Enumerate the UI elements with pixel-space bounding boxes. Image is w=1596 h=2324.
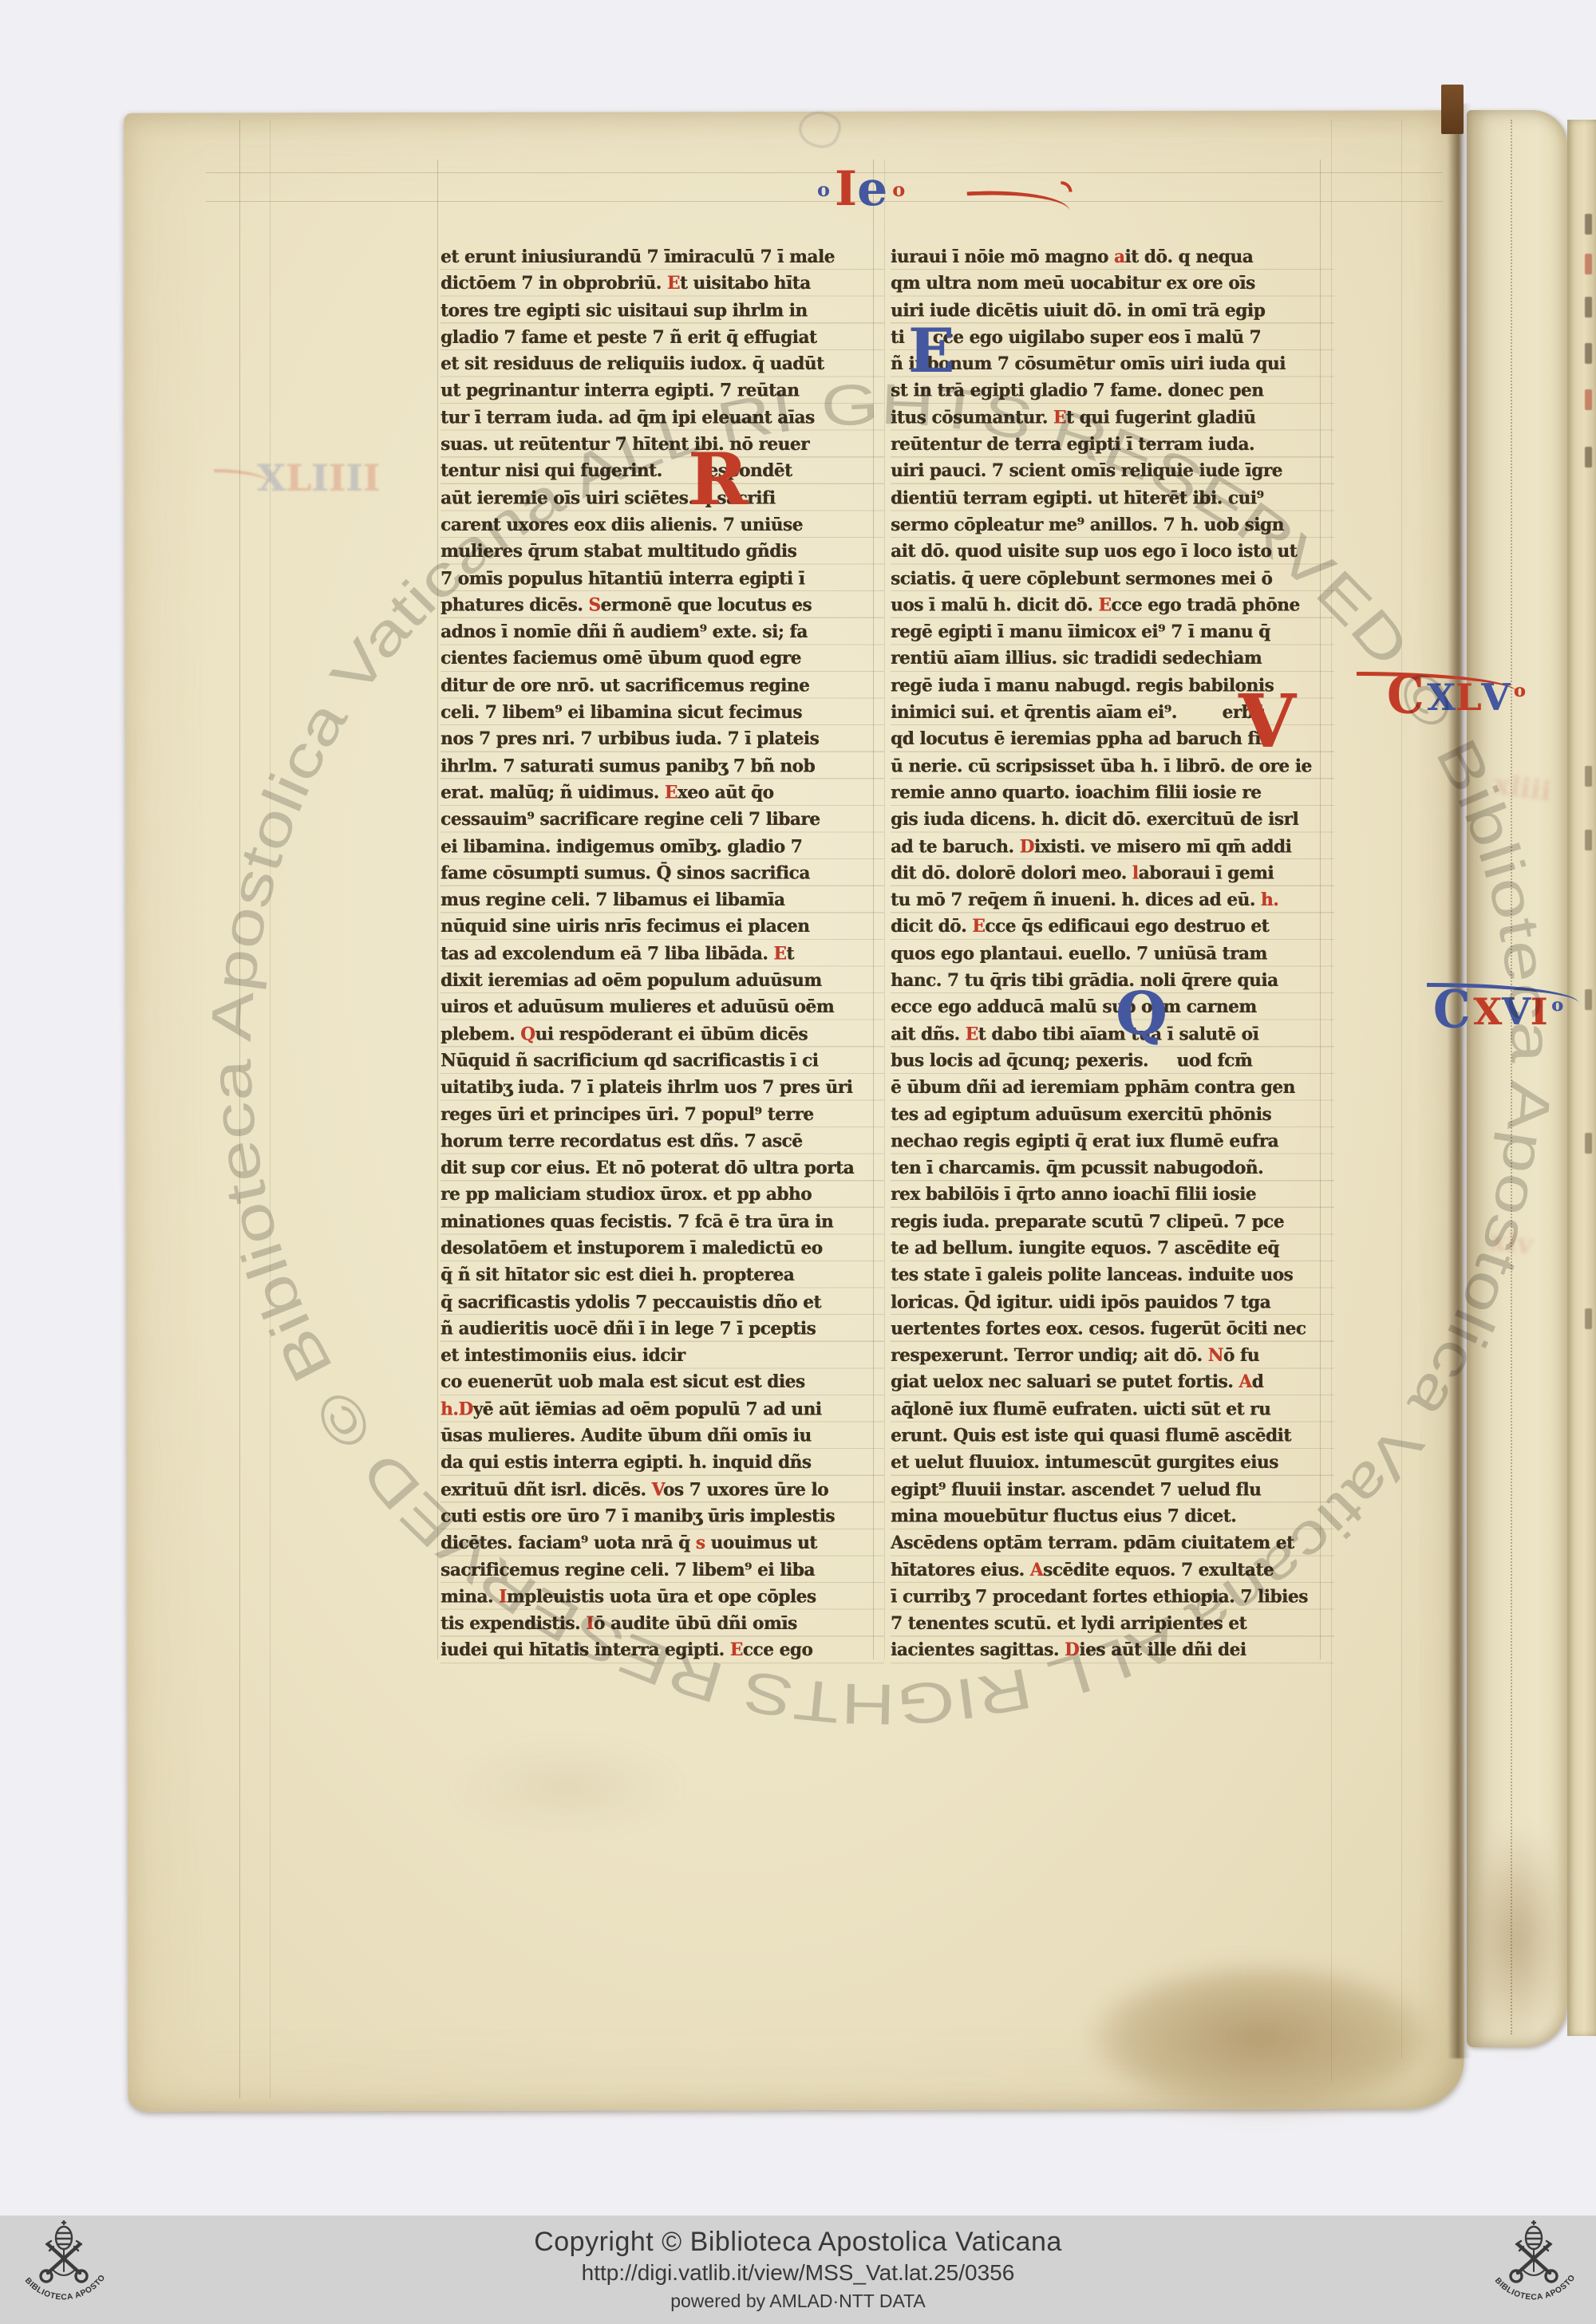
manuscript-text-line: uiri pauci. 7 scient omīs reliquie iude … [891,459,1334,486]
manuscript-text-line: reūtentur de terra egipti ī terram iuda. [891,432,1334,459]
manuscript-text-line: tentur nisi qui fugerint. espondēt [440,459,884,486]
manuscript-text-line: uiri iude dicētis uiuit dō. in omī trā e… [891,298,1334,325]
manuscript-text-line: te ad bellum. iungite equos. 7 ascēdite … [891,1236,1334,1263]
manuscript-text-line: remie anno quarto. ioachim filii iosie r… [891,780,1334,807]
manuscript-text-line: dit sup cor eius. Et nō poterat dō ultra… [440,1155,884,1182]
manuscript-text-line: iuraui ī nōie mō magno ait dō. q nequa [891,244,1334,271]
manuscript-text-line: mina. Impleuistis uota ūra et ope cōples [440,1584,884,1611]
manuscript-text-line: uertentes fortes eox. cesos. fugerūt ōci… [891,1316,1334,1344]
column-rule [884,160,885,1659]
adjacent-page-text-fragment [1585,297,1592,318]
manuscript-text-line: ait dō. quod uisite sup uos ego ī loco i… [891,539,1334,566]
manuscript-text-line: et erunt iniusiurandū 7 īmiraculū 7 ī ma… [440,244,884,271]
numeral-letter: L [286,460,311,496]
adjacent-page-text-fragment [1585,989,1592,1010]
manuscript-text-line: regis iuda. preparate scutū 7 clipeū. 7 … [891,1209,1334,1236]
manuscript-text-line: uiros et aduūsum mulieres et aduūsū oēm [440,994,884,1021]
manuscript-text-line: mulieres q̄rum stabat multitudo gñdis [440,539,884,566]
manuscript-text-line: da qui estis interra egipti. h. inquid d… [440,1450,884,1477]
manuscript-text-line: cessauim⁹ sacrificare regine celi 7 liba… [440,807,884,834]
footer-copyright: Copyright © Biblioteca Apostolica Vatica… [0,2227,1596,2258]
adjacent-page-text-fragment [1585,254,1592,274]
manuscript-text-line: q̄ ñ sit hītator sic est diei h. propter… [440,1262,884,1289]
manuscript-text-line: loricas. Q̄d igitur. uidi ipōs pauidos 7… [891,1289,1334,1316]
manuscript-text-line: dientiū terram egipti. ut hīterēt ibi. c… [891,485,1334,512]
manuscript-text-line: egipt⁹ fluuii instar. ascendet 7 uelud f… [891,1477,1334,1504]
manuscript-text-line: tis expendistis. Iō audite ūbū dñi omīs [440,1611,884,1638]
manuscript-text-line: ut pegrinantur interra egipti. 7 reūtan [440,378,884,405]
manuscript-scan-page: { "running_header": { "letters": [ {"ch"… [0,0,1596,2324]
manuscript-text-line: ē ūbum dñi ad ieremiam pphām contra gen [891,1075,1334,1102]
manuscript-text-line: hītatores eius. Ascēdite equos. 7 exulta… [891,1557,1334,1584]
manuscript-text-line: regē egipti ī manu īimicox ei⁹ 7 ī manu … [891,619,1334,646]
column-rule [437,160,438,1659]
manuscript-text-line: sermo cōpleatur me⁹ anillos. 7 h. uob si… [891,512,1334,539]
numeral-letter: I [346,460,363,496]
numeral-letter: I [329,460,346,496]
manuscript-text-line: uos ī malū h. dicit dō. Ecce ego tradā p… [891,593,1334,620]
manuscript-text-line: rex babilōis ī q̄rto anno ioachī filii i… [891,1182,1334,1209]
manuscript-text-line: 7 omīs populus hītantiū interra egipti ī [440,566,884,593]
manuscript-text-line: dicit dō. Ecce q̄s edificaui ego destruo… [891,914,1334,941]
manuscript-text-line: nechao regis egipti q̄ erat iux flumē eu… [891,1128,1334,1155]
manuscript-text-line: ñ inbonum 7 cōsumētur omīs uiri iuda qui [891,351,1334,378]
manuscript-text-line: aq̄lonē iux flumē eufraten. uicti sūt et… [891,1396,1334,1423]
manuscript-text-line: re pp maliciam studiox ūrox. et pp abho [440,1182,884,1209]
manuscript-text-line: minationes quas fecistis. 7 fcā ē tra ūr… [440,1209,884,1236]
manuscript-text-line: h.Dyē aūt iēmias ad oēm populū 7 ad uni [440,1396,884,1423]
book-gutter-shadow [1448,104,1472,2058]
drop-cap-initial-v: V [1238,685,1295,758]
binding-tab [1441,85,1464,134]
manuscript-text-line: exrituū dñt isrl. dicēs. Vos 7 uxores ūr… [440,1477,884,1504]
manuscript-text-line: ī curribʒ 7 procedant fortes ethiopia. 7… [891,1584,1334,1611]
manuscript-text-line: et sit residuus de reliquiis iudox. q̄ u… [440,351,884,378]
adjacent-page-text-fragment [1585,830,1592,850]
manuscript-text-line: et uelut fluuiox. intumescūt gurgites ei… [891,1450,1334,1477]
adjacent-page-text-fragment [1585,343,1592,364]
manuscript-text-line: iacientes sagittas. Dies aūt ille dñi de… [891,1638,1334,1665]
manuscript-text-line: itus cōsumantur. Et qui fugerint gladiū [891,405,1334,432]
numeral-letter: V [1502,994,1531,1029]
manuscript-text-line: mus regine celi. 7 libamus ei libamīa [440,887,884,914]
manuscript-text-line: Ascēdens optām terram. pdām ciuitatem et [891,1530,1334,1557]
adjacent-page-text-fragment [1585,447,1592,468]
manuscript-text-line: 7 tenentes scutū. et lydi arripientes et [891,1611,1334,1638]
numeral-letter: o [1514,683,1526,699]
footer-powered-by: powered by AMLAD·NTT DATA [0,2290,1596,2312]
manuscript-text-line: tur ī terram iuda. ad q̄m ipi eleuant aī… [440,405,884,432]
manuscript-text-line: uitatibʒ iuda. 7 ī plateis ihrlm uos 7 p… [440,1075,884,1102]
manuscript-text-line: ecce ego adducā malū sup oēm carnem [891,994,1334,1021]
parchment-stain [1089,1963,1432,2114]
numeral-letter: X [1427,680,1456,715]
manuscript-text-line: horum terre recordatus est dñs. 7 ascē [440,1128,884,1155]
footer-url: http://digi.vatlib.it/view/MSS_Vat.lat.2… [0,2260,1596,2286]
manuscript-text-line: aūt ieremie oīs uiri sciētes. q̄ sacrifi [440,485,884,512]
manuscript-text-line: ñ audieritis uocē dñi ī in lege 7 ī pcep… [440,1316,884,1344]
manuscript-text-line: nos 7 pres nri. 7 urbibus iuda. 7 ī plat… [440,727,884,754]
manuscript-text-line: suas. ut reūtentur 7 hītent ibi. nō reue… [440,432,884,459]
manuscript-text-line: ti cce ego uigilabo super eos ī malū 7 [891,325,1334,352]
numeral-letter: e [857,166,887,212]
running-title-ieremias: oIeo [812,166,910,212]
manuscript-text-line: et intestimoniis eius. idcir [440,1343,884,1370]
numeral-letter: X [1473,994,1502,1029]
numeral-letter: I [835,166,857,212]
numeral-letter: I [311,460,329,496]
manuscript-text-line: ūsas mulieres. Audite ūbum dñi omīs iu [440,1423,884,1450]
drop-cap-initial-r: R [688,444,748,515]
show-through-numeral: xlv [1489,1225,1535,1261]
manuscript-text-line: giat uelox nec saluari se putet fortis. … [891,1370,1334,1397]
numeral-letter: I [363,460,381,496]
manuscript-text-line: dixit ieremias ad oēm populum aduūsum [440,968,884,995]
manuscript-text-line: bus locis ad q̄cunq; pexeris. uod fcm̄ [891,1048,1334,1075]
manuscript-text-line: co euenerūt uob mala est sicut est dies [440,1370,884,1397]
manuscript-text-line: dictōem 7 in obprobriū. Et uisitabo hīta [440,271,884,298]
text-column-right: iuraui ī nōie mō magno ait dō. q nequaqm… [891,244,1334,1668]
margin-rule [239,120,240,2098]
next-folio-edge [1467,110,1567,2047]
manuscript-text-line: plebem. Qui respōderant ei ūbūm dicēs [440,1021,884,1048]
manuscript-text-line: tes ad egiptum aduūsum exercitū phōnis [891,1102,1334,1129]
margin-rule [270,120,271,2098]
adjacent-page-text-fragment [1585,214,1592,235]
numeral-letter: o [1551,997,1563,1013]
manuscript-text-line: ad te baruch. Dixisti. ve misero mī qm̄ … [891,834,1334,861]
manuscript-text-line: ditur de ore nrō. ut sacrificemus regine [440,673,884,700]
faded-chapter-numeral: XLIIII [257,460,380,496]
numeral-letter: o [892,180,905,199]
manuscript-text-line: dicētes. faciam⁹ uota nrā q̄ s uouimus u… [440,1530,884,1557]
manuscript-text-line: mina mouebūtur fluctus eius 7 dicet. [891,1504,1334,1531]
manuscript-text-line: tu mō 7 req̄em ñ inueni. h. dices ad eū.… [891,887,1334,914]
manuscript-text-line: tas ad excolendum eā 7 liba libāda. Et [440,941,884,968]
manuscript-text-line: rentiū aīam illius. sic tradidi sedechia… [891,646,1334,673]
manuscript-text-line: tes state ī galeis polite lanceas. indui… [891,1262,1334,1289]
manuscript-text-line: sciatis. q̄ uere cōplebunt sermones mei … [891,566,1334,593]
numeral-letter: I [1531,994,1548,1029]
drop-cap-initial-q: Q [1116,984,1167,1044]
numeral-letter: L [1456,680,1481,715]
adjacent-page-text-fragment [1585,766,1592,787]
manuscript-text-line: gladio 7 fame et peste 7 ñ erit q̄ effug… [440,325,884,352]
manuscript-text-line: Nūquid ñ sacrificium qd sacrificastis ī … [440,1048,884,1075]
manuscript-text-line: hanc. 7 tu q̄ris tibi grādia. noli q̄rer… [891,968,1334,995]
numeral-letter: V [1481,680,1510,715]
next-folio-rule [1511,120,1512,2034]
parchment-stain [447,1739,686,1835]
manuscript-text-line: cuti estis ore ūro 7 ī manibʒ ūris imple… [440,1504,884,1531]
manuscript-text-line: celi. 7 libem⁹ ei libamina sicut fecimus [440,700,884,727]
adjacent-page-text-fragment [1585,1308,1592,1329]
manuscript-text-line: desolatōem et instuporem ī maledictū eo [440,1236,884,1263]
numeral-letter: o [817,180,830,199]
manuscript-text-line: ei libamina. indigemus omībʒ. gladio 7 [440,834,884,861]
text-column-left: et erunt iniusiurandū 7 īmiraculū 7 ī ma… [440,244,884,1668]
margin-rule [1401,120,1402,2058]
manuscript-text-line: fame cōsumpti sumus. Q̄ sinos sacrifica [440,861,884,888]
manuscript-text-line: tores tre egipti sic uisitaui sup ihrlm … [440,298,884,325]
manuscript-text-line: erat. malūq; ñ uidimus. Exeo aūt q̄o [440,780,884,807]
chapter-numeral-xlv: CXLVo [1387,675,1526,715]
drop-cap-initial-e: E [908,321,954,381]
manuscript-text-line: gis iuda dicens. h. dicit dō. exercituū … [891,807,1334,834]
manuscript-text-line: adnos ī nomīe dñi ñ audiem⁹ exte. si; fa [440,619,884,646]
manuscript-text-line: respexerunt. Terror undiq; ait dō. Nō fu [891,1343,1334,1370]
manuscript-text-line: erunt. Quis est iste qui quasi flumē asc… [891,1423,1334,1450]
manuscript-text-line: cientes faciemus omē ūbum quod egre [440,646,884,673]
numeral-letter: C [1433,987,1470,1032]
footer-bar: Copyright © Biblioteca Apostolica Vatica… [0,2215,1596,2324]
manuscript-text-line: ihrlm. 7 saturati sumus panibʒ 7 bñ nob [440,753,884,780]
manuscript-text-line: ait dñs. Et dabo tibi aīam tuā ī salutē … [891,1021,1334,1048]
manuscript-text-line: quos ego plantaui. euello. 7 uniūsā tram [891,941,1334,968]
vatican-library-logo: BIBLIOTECA APOSTOLICA VATICANA [16,2220,112,2319]
manuscript-text-line: reges ūri et principes ūri. 7 popul⁹ ter… [440,1102,884,1129]
manuscript-text-line: q̄ sacrificastis ydolis 7 peccauistis dñ… [440,1289,884,1316]
manuscript-text-line: ten ī charcamis. q̄m pcussit nabugodoñ. [891,1155,1334,1182]
manuscript-text-line: dit dō. dolorē dolori meo. laboraui ī ge… [891,861,1334,888]
chapter-numeral-xvi: CXVIo [1433,989,1563,1029]
manuscript-text-line: sacrificemus regine celi. 7 libem⁹ ei li… [440,1557,884,1584]
adjacent-page-text-fragment [1585,389,1592,410]
numeral-letter: C [1387,673,1424,717]
manuscript-text-line: carent uxores eox diis alienis. 7 uniūse [440,512,884,539]
adjacent-page-text-fragment [1585,1133,1592,1154]
manuscript-text-line: nūquid sine uiris nrīs fecimus ei placen [440,914,884,941]
manuscript-text-line: iudei qui hītatis interra egipti. Ecce e… [440,1638,884,1665]
manuscript-text-line: st in trā egipti gladio 7 fame. donec pe… [891,378,1334,405]
parchment-stain [1470,1827,1564,2050]
manuscript-text-line: phatures dicēs. Sermonē que locutus es [440,593,884,620]
vatican-library-logo: BIBLIOTECA APOSTOLICA VATICANA [1486,2220,1582,2319]
manuscript-text-line: qm ultra nom meū uocabitur ex ore oīs [891,271,1334,298]
